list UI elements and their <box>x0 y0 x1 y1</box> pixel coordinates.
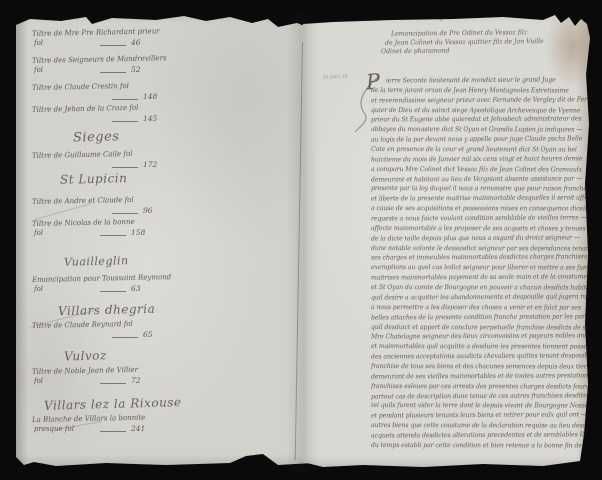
body-line: exemptions au quel cas ledict seigneur p… <box>371 264 590 271</box>
index-entry: Tiltre de Guillaume Caile fol172 <box>32 150 232 172</box>
index-entry-title: Tiltre de Nicolas de la bonne <box>32 216 232 228</box>
index-entry-title: Tiltre de Guillaume Caile fol <box>32 148 232 160</box>
body-line: tel quils furent vider la terre dont le … <box>371 402 590 409</box>
index-entry-title: La Blanche de Villars la bonnite <box>32 412 232 424</box>
index-page: Tiltre de Mre Pre Richardant prieurfol46… <box>16 13 312 470</box>
folio-row: fol158 <box>32 228 232 240</box>
body-line: de la dicte taille depuis plus que nous … <box>371 234 590 242</box>
index-entry: Tiltre de Claude Crestin fol148 <box>32 82 232 104</box>
folio-number: 63 <box>131 284 141 293</box>
body-line: et pendant plusieurs tenants leurs biens… <box>371 412 590 420</box>
index-entry-title: Tiltre de Andre et Claude fol <box>32 194 232 206</box>
body-line: belles attaches de la presente condition… <box>371 313 590 321</box>
folio-row: fol63 <box>32 284 232 296</box>
index-entry: Tiltre de Noble Jean de Villierfol72 <box>32 366 232 388</box>
body-line: affecte mainmortable a les proposer de s… <box>371 225 590 232</box>
index-entry: Tiltre de Jehan de la Croze fol145 <box>32 104 232 126</box>
folio-number: 72 <box>131 376 141 385</box>
folio-number: 65 <box>143 330 153 339</box>
folio-row: 172 <box>32 160 232 172</box>
body-line: huictieme du mois de Janvier mil six cen… <box>371 155 590 163</box>
folio-dash <box>100 235 126 236</box>
index-entry: Emancipation pour Toussaint Reymondfol63 <box>32 274 232 296</box>
index-entry: Tiltre de Nicolas de la bonnefol158 <box>32 218 232 240</box>
body-line: presente par la loy duquel il nous a rem… <box>371 186 590 193</box>
folio-dash <box>112 99 138 100</box>
folio-row: 65 <box>32 330 232 342</box>
folio-row: fol72 <box>32 376 232 388</box>
index-entry-title: Tiltre de Jehan de la Croze fol <box>32 102 232 114</box>
body-line: et mainmortables quil acquitte a desduir… <box>371 343 590 350</box>
manuscript-scan: Tiltre de Mre Pre Richardant prieurfol46… <box>0 0 602 480</box>
folio-number: 46 <box>131 38 141 47</box>
body-line: prieur du St Eugene abbe quieredat et Je… <box>371 116 590 124</box>
body-line: acquets attendu desdictes alterations pr… <box>371 431 590 439</box>
folio-dash <box>100 45 126 46</box>
index-entry-title: Tiltre de Claude Reynard fol <box>32 318 232 330</box>
folio-number: 145 <box>143 114 157 123</box>
index-entries-layer: Tiltre de Mre Pre Richardant prieurfol46… <box>16 13 312 470</box>
folio-dash <box>100 72 126 73</box>
folio-dash <box>112 167 138 168</box>
body-line: franchises esleues par ces arrests des p… <box>371 383 590 390</box>
body-line: franchise de tous ses biens et des chacu… <box>371 363 590 370</box>
folio-row: 145 <box>32 114 232 126</box>
folio-dash <box>112 337 138 338</box>
body-line: quil desire a acquitter les abandonnemen… <box>371 293 590 301</box>
body-line: partout cas de description dune tenue de… <box>371 392 590 400</box>
folio-number: 241 <box>131 424 145 433</box>
folio-dash <box>100 383 126 384</box>
body-line: abbayes du monastere dict St Oyan et Gra… <box>371 126 590 133</box>
folio-row: fol46 <box>32 38 232 50</box>
body-line: Mre Chatelagne seigneur des lieux circon… <box>371 333 590 341</box>
deed-body: ierre Seconte lieutenant de mondict sieu… <box>371 14 590 472</box>
body-line: au logis de la par devant nous y appelle… <box>371 136 590 144</box>
body-line: des anciennes acceptations auxdicts chev… <box>371 353 590 361</box>
index-entry-title: Tiltre des Seigneurs de Mandrevillers <box>32 53 232 65</box>
body-line: et St Oyan du comte de Bourgogne en pouv… <box>371 284 590 291</box>
index-entry: Tiltre de Claude Reynard fol65 <box>32 320 232 342</box>
body-line: Cote en presence de la cour et grand lie… <box>371 146 590 153</box>
body-line: de la terre jurant orzan de Jean Henry M… <box>371 87 590 94</box>
section-header: Villars lez la Rixouse <box>44 395 182 413</box>
body-line: a comparu Mre Colinet dict Vessoz filz d… <box>371 166 590 173</box>
body-line: et liberte de la presente maitrise mainm… <box>371 195 590 203</box>
index-entry: Tiltre des Seigneurs de Mandrevillersfol… <box>32 55 232 77</box>
folio-number: 52 <box>131 65 141 74</box>
section-header: Vulvoz <box>64 348 107 363</box>
body-line: quier de Dieu et du sainct siege Apostol… <box>371 107 590 114</box>
folio-label: fol <box>34 377 43 385</box>
folio-label: fol <box>34 39 43 47</box>
section-header: Vuailleglin <box>64 254 129 269</box>
body-line: quil desduict et appert de conclure perp… <box>371 324 590 331</box>
folio-number: 172 <box>143 160 157 169</box>
body-line: requeste a nous faicte voulant condition… <box>371 214 590 222</box>
folio-label: fol <box>34 229 43 237</box>
index-entry-title: Tiltre de Mre Pre Richardant prieur <box>32 26 232 38</box>
section-header: Sieges <box>73 129 120 145</box>
body-line: ierre Seconte lieutenant de mondict sieu… <box>371 76 590 84</box>
index-entry-title: Tiltre de Claude Crestin fol <box>32 80 232 92</box>
folio-row: fol52 <box>32 65 232 77</box>
section-header: St Lupicin <box>60 171 128 187</box>
folio-number: 158 <box>131 228 145 237</box>
body-line: autres biens que cette coustume de la de… <box>371 422 590 429</box>
body-line: et reverendissime seigneur prieur avec F… <box>371 96 590 104</box>
folio-dash <box>100 431 126 432</box>
folio-number: 96 <box>143 206 153 215</box>
folio-row: presque fol241 <box>32 424 232 436</box>
index-entry-title: Emancipation pour Toussaint Reymond <box>32 272 232 284</box>
body-line: dune notable volonte le dessusdict seign… <box>371 245 590 252</box>
folio-dash <box>112 213 138 214</box>
body-line: demeurant et habitant au lieu de Vergnio… <box>371 175 590 183</box>
body-line: demeurant de ses vieilles mainmortables … <box>371 372 590 380</box>
body-line: a nous permettre a les disposer des chos… <box>371 304 590 311</box>
body-line: a cause de ses acquisitions et possessio… <box>371 205 590 212</box>
index-entry: La Blanche de Villars la bonnitepresque … <box>32 414 232 436</box>
folio-dash <box>112 121 138 122</box>
folio-label: fol <box>34 66 43 74</box>
index-entry: Tiltre de Andre et Claude fol96 <box>32 196 232 218</box>
deed-page: 4 Lemancipation de Pre Odinet du Vessoz … <box>303 14 590 472</box>
index-entry: Tiltre de Mre Pre Richardant prieurfol46 <box>32 28 232 50</box>
margin-note: St felix th <box>323 73 348 80</box>
body-line: du temps establi par cette condition et … <box>371 442 590 449</box>
folio-dash <box>100 291 126 292</box>
folio-number: 148 <box>143 92 157 101</box>
index-entry-title: Tiltre de Noble Jean de Villier <box>32 364 232 376</box>
body-line: ses charges et immeubles mainmortables d… <box>371 254 590 262</box>
folio-label: fol <box>34 285 43 293</box>
body-line: maitrises mainmortables payement de sa s… <box>371 274 590 282</box>
